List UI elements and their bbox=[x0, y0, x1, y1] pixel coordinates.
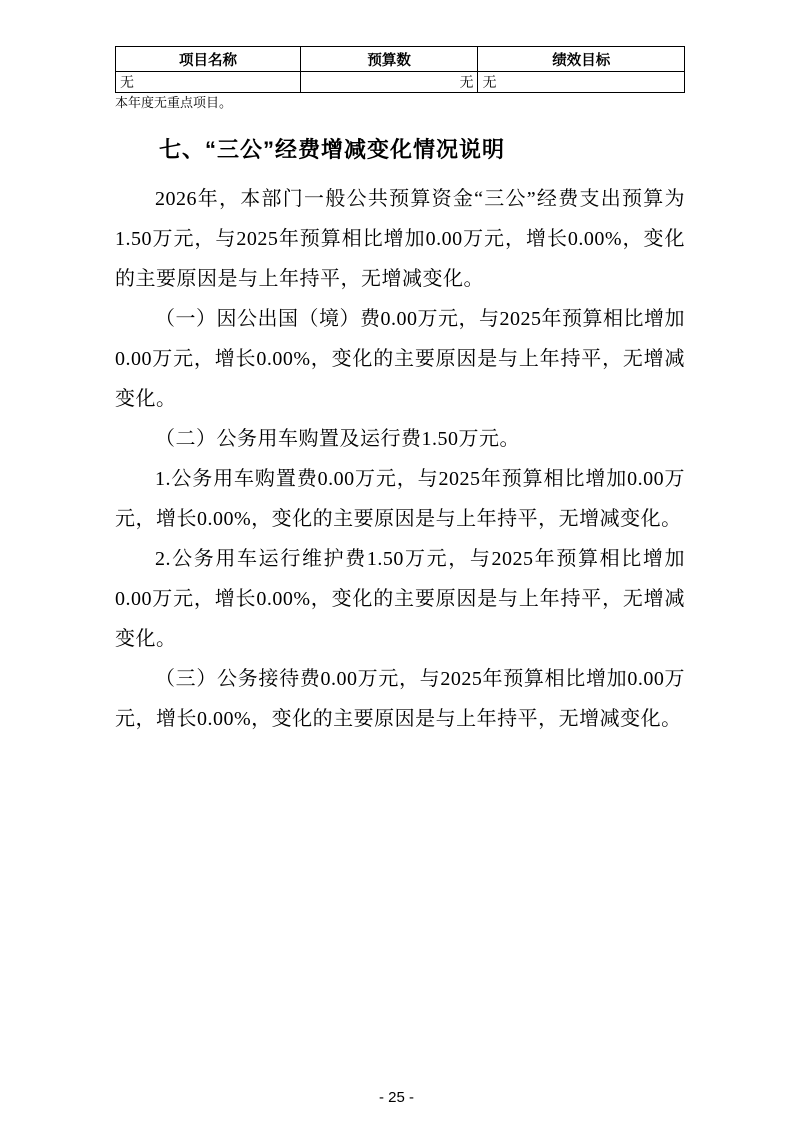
cell-performance-target: 无 bbox=[478, 72, 685, 93]
cell-budget-amount: 无 bbox=[300, 72, 478, 93]
table-note: 本年度无重点项目。 bbox=[115, 95, 685, 111]
paragraph-vehicle-maintenance: 2.公务用车运行维护费1.50万元，与2025年预算相比增加0.00万元，增长0… bbox=[115, 539, 685, 659]
section-body: 2026年，本部门一般公共预算资金“三公”经费支出预算为1.50万元，与2025… bbox=[115, 179, 685, 739]
paragraph-vehicle-total: （二）公务用车购置及运行费1.50万元。 bbox=[115, 419, 685, 459]
cell-project-name: 无 bbox=[116, 72, 301, 93]
paragraph-abroad-expense: （一）因公出国（境）费0.00万元，与2025年预算相比增加0.00万元，增长0… bbox=[115, 299, 685, 419]
paragraph-vehicle-purchase: 1.公务用车购置费0.00万元，与2025年预算相比增加0.00万元，增长0.0… bbox=[115, 459, 685, 539]
section-heading: 七、“三公”经费增减变化情况说明 bbox=[115, 135, 685, 165]
header-performance-target: 绩效目标 bbox=[478, 47, 685, 72]
table-header-row: 项目名称 预算数 绩效目标 bbox=[116, 47, 685, 72]
key-projects-table: 项目名称 预算数 绩效目标 无 无 无 bbox=[115, 46, 685, 93]
header-project-name: 项目名称 bbox=[116, 47, 301, 72]
document-content: 项目名称 预算数 绩效目标 无 无 无 本年度无重点项目。 七、“三公”经费增减… bbox=[115, 46, 685, 739]
paragraph-reception-expense: （三）公务接待费0.00万元，与2025年预算相比增加0.00万元，增长0.00… bbox=[115, 659, 685, 739]
document-page: 项目名称 预算数 绩效目标 无 无 无 本年度无重点项目。 七、“三公”经费增减… bbox=[0, 0, 793, 1122]
header-budget-amount: 预算数 bbox=[300, 47, 478, 72]
page-number: - 25 - bbox=[0, 1089, 793, 1106]
paragraph-overview: 2026年，本部门一般公共预算资金“三公”经费支出预算为1.50万元，与2025… bbox=[115, 179, 685, 299]
table-row: 无 无 无 bbox=[116, 72, 685, 93]
